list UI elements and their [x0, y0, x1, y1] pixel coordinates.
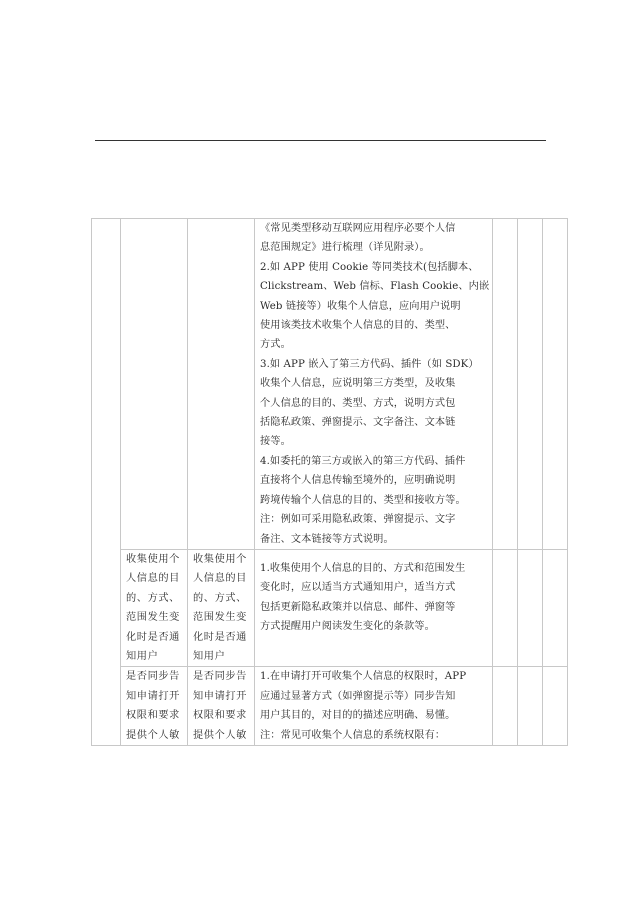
- text-line: 是否同步告: [193, 667, 251, 686]
- item-cell: 是否同步告 知申请打开 权限和要求 提供个人敏: [121, 667, 188, 746]
- text-line: 提供个人敏: [126, 726, 184, 745]
- text-line: 接等。: [260, 432, 489, 451]
- text-line: 人信息的目: [193, 569, 251, 588]
- text-line: 提供个人敏: [193, 726, 251, 745]
- text-line: 知用户: [126, 647, 184, 666]
- content-cell: [188, 219, 255, 550]
- text-line: 《常见类型移动互联网应用程序必要个人信: [260, 219, 489, 238]
- header-rule: [95, 140, 546, 141]
- result-cell: [518, 219, 543, 550]
- category-cell: [92, 219, 121, 746]
- text-line: 息范围规定》进行梳理（详见附录）。: [260, 238, 489, 257]
- evaluation-table: 《常见类型移动互联网应用程序必要个人信 息范围规定》进行梳理（详见附录）。 2.…: [91, 218, 568, 746]
- text-line: 方式。: [260, 335, 489, 354]
- text-line: 收集个人信息，应说明第三方类型，及收集: [260, 374, 489, 393]
- requirement-text: 1.收集使用个人信息的目的、方式和范围发生 变化时，应以适当方式通知用户，适当方…: [255, 550, 492, 637]
- text-line: 的、方式、: [193, 589, 251, 608]
- text-line: 备注、文本链接等方式说明。: [260, 530, 489, 549]
- table-row: 是否同步告 知申请打开 权限和要求 提供个人敏 是否同步告 知申请打开 权限和要…: [92, 667, 568, 746]
- requirement-text: 《常见类型移动互联网应用程序必要个人信 息范围规定》进行梳理（详见附录）。 2.…: [255, 219, 492, 549]
- text-line: 是否同步告: [126, 667, 184, 686]
- item-cell: [121, 219, 188, 550]
- requirement-text: 1.在申请打开可收集个人信息的权限时，APP 应通过显著方式（如弹窗提示等）同步…: [255, 667, 492, 745]
- result-cell: [493, 549, 518, 666]
- text-line: 人信息的目: [126, 569, 184, 588]
- result-cell: [543, 549, 568, 666]
- text-line: 括隐私政策、弹窗提示、文字备注、文本链: [260, 413, 489, 432]
- result-cell: [493, 219, 518, 550]
- text-line: 收集使用个: [126, 550, 184, 569]
- requirement-cell: 《常见类型移动互联网应用程序必要个人信 息范围规定》进行梳理（详见附录）。 2.…: [255, 219, 493, 550]
- text-line: 使用该类技术收集个人信息的目的、类型、: [260, 316, 489, 335]
- text-line: Web 链接等）收集个人信息，应向用户说明: [260, 297, 489, 316]
- text-line: 化时是否通: [193, 628, 251, 647]
- text-line: 跨境传输个人信息的目的、类型和接收方等。: [260, 491, 489, 510]
- content-cell: 是否同步告 知申请打开 权限和要求 提供个人敏: [188, 667, 255, 746]
- text-line: 个人信息的目的、类型、方式，说明方式包: [260, 394, 489, 413]
- text-line: 包括更新隐私政策并以信息、邮件、弹窗等: [260, 598, 489, 617]
- text-line: 1.在申请打开可收集个人信息的权限时，APP: [260, 667, 489, 686]
- text-line: 用户其目的，对目的的描述应明确、易懂。: [260, 706, 489, 725]
- text-line: 权限和要求: [193, 706, 251, 725]
- result-cell: [543, 667, 568, 746]
- text-line: 变化时，应以适当方式通知用户，适当方式: [260, 578, 489, 597]
- text-line: 3.如 APP 嵌入了第三方代码、插件（如 SDK）: [260, 355, 489, 374]
- table-row: 《常见类型移动互联网应用程序必要个人信 息范围规定》进行梳理（详见附录）。 2.…: [92, 219, 568, 550]
- requirement-cell: 1.收集使用个人信息的目的、方式和范围发生 变化时，应以适当方式通知用户，适当方…: [255, 549, 493, 666]
- text-line: 知申请打开: [126, 687, 184, 706]
- table-row: 收集使用个 人信息的目 的、方式、 范围发生变 化时是否通 知用户 收集使用个 …: [92, 549, 568, 666]
- result-cell: [518, 549, 543, 666]
- text-line: 4.如委托的第三方或嵌入的第三方代码、插件: [260, 452, 489, 471]
- text-line: 范围发生变: [193, 608, 251, 627]
- text-line: 范围发生变: [126, 608, 184, 627]
- text-line: 权限和要求: [126, 706, 184, 725]
- result-cell: [518, 667, 543, 746]
- text-line: 注：常见可收集个人信息的系统权限有：: [260, 726, 489, 745]
- content-cell: 收集使用个 人信息的目 的、方式、 范围发生变 化时是否通 知用户: [188, 549, 255, 666]
- text-line: 知用户: [193, 647, 251, 666]
- text-line: 的、方式、: [126, 589, 184, 608]
- text-line: Clickstream、Web 信标、Flash Cookie、内嵌: [260, 277, 489, 296]
- text-line: 直接将个人信息传输至境外的，应明确说明: [260, 471, 489, 490]
- text-line: 化时是否通: [126, 628, 184, 647]
- result-cell: [493, 667, 518, 746]
- text-line: 1.收集使用个人信息的目的、方式和范围发生: [260, 559, 489, 578]
- text-line: 知申请打开: [193, 687, 251, 706]
- text-line: 收集使用个: [193, 550, 251, 569]
- text-line: 注：例如可采用隐私政策、弹窗提示、文字: [260, 510, 489, 529]
- text-line: 方式提醒用户阅读发生变化的条款等。: [260, 617, 489, 636]
- result-cell: [543, 219, 568, 550]
- requirement-cell: 1.在申请打开可收集个人信息的权限时，APP 应通过显著方式（如弹窗提示等）同步…: [255, 667, 493, 746]
- item-cell: 收集使用个 人信息的目 的、方式、 范围发生变 化时是否通 知用户: [121, 549, 188, 666]
- text-line: 2.如 APP 使用 Cookie 等同类技术(包括脚本、: [260, 258, 489, 277]
- text-line: 应通过显著方式（如弹窗提示等）同步告知: [260, 687, 489, 706]
